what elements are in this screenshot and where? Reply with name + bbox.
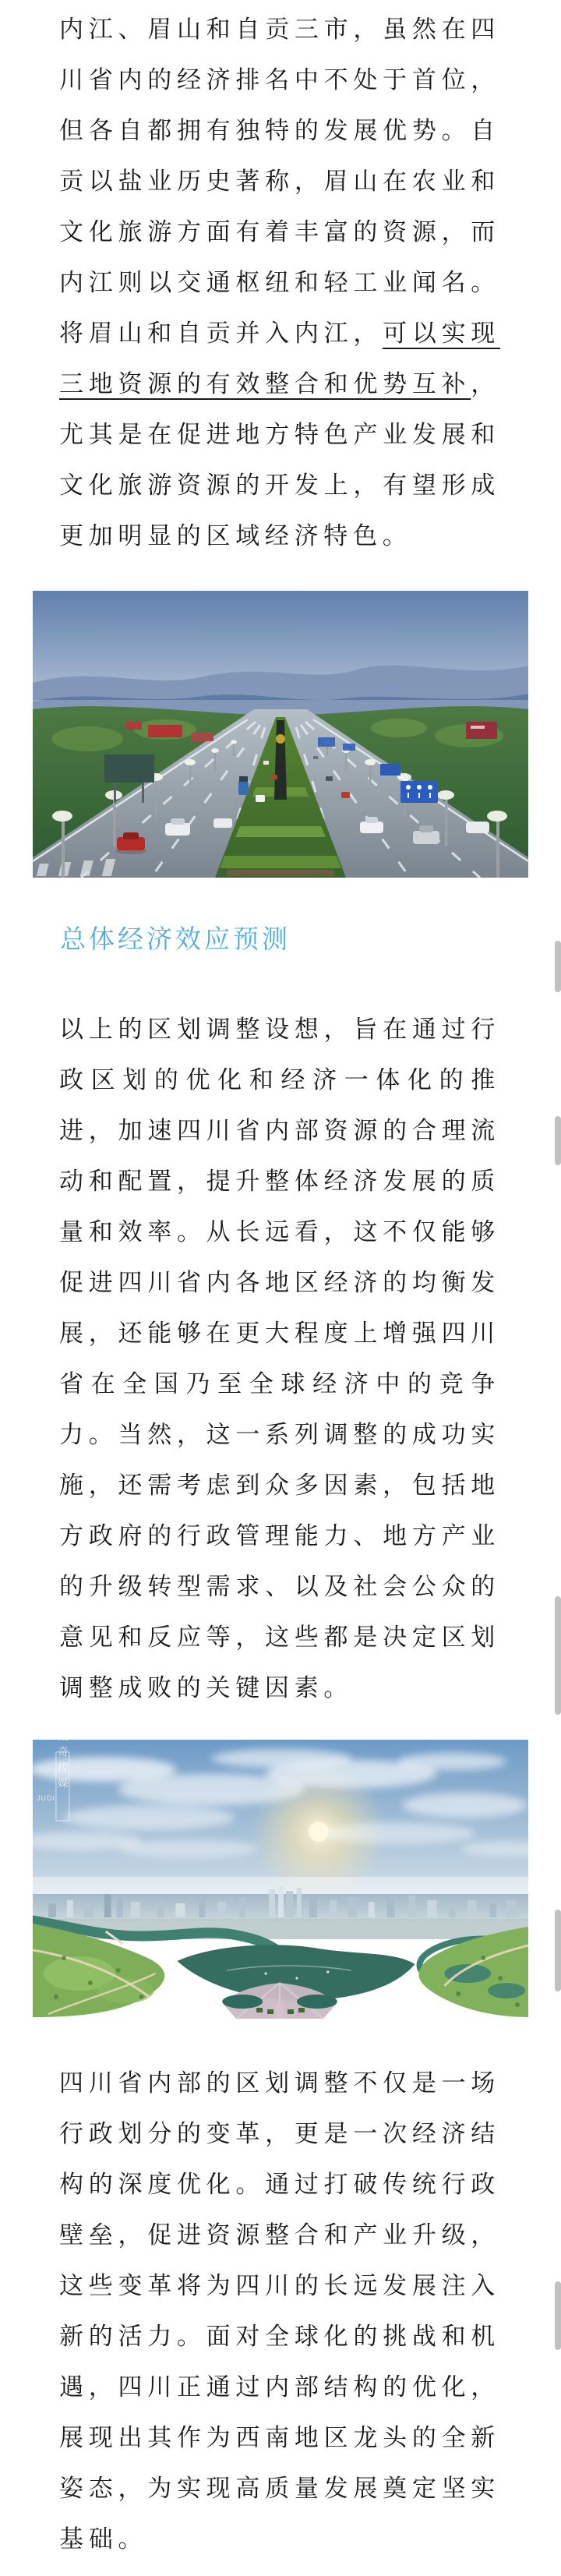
paragraph-1: 内江、眉山和自贡三市，虽然在四川省内的经济排名中不处于首位，但各自都拥有独特的发… xyxy=(0,4,561,561)
paragraph-2: 以上的区划调整设想，旨在通过行政区划的优化和经济一体化的推进，加速四川省内部资源… xyxy=(0,1004,561,1713)
plaza-axis-road xyxy=(275,2003,284,2019)
aerial-city-photo[interactable]: 聚奇传媒 JUDI xyxy=(33,1740,528,2019)
aerial-photo-illustration: 聚奇传媒 JUDI xyxy=(33,1740,528,2019)
boulevard-photo-illustration xyxy=(33,591,528,878)
article-page: 内江、眉山和自贡三市，虽然在四川省内的经济排名中不处于首位，但各自都拥有独特的发… xyxy=(0,0,561,2576)
paragraph-3: 四川省内部的区划调整不仅是一场行政划分的变革，更是一次经济结构的深度优化。通过打… xyxy=(0,2058,561,2564)
plaza-pool-left xyxy=(222,1995,263,2009)
boulevard-photo[interactable] xyxy=(33,591,528,878)
scrollbar-thumb-segment[interactable] xyxy=(555,1116,561,1165)
flower-strip xyxy=(226,870,335,876)
paragraph-1-text-before: 内江、眉山和自贡三市，虽然在四川省内的经济排名中不处于首位，但各自都拥有独特的发… xyxy=(59,16,500,347)
plaza-pool-right xyxy=(297,1995,337,2009)
watermark-vertical-text: 聚奇传媒 xyxy=(56,1740,69,1793)
section-heading: 总体经济效应预测 xyxy=(0,926,561,952)
scrollbar-thumb-segment[interactable] xyxy=(555,2281,561,2350)
watermark-latin-text: JUDI xyxy=(37,1794,55,1802)
scrollbar-thumb-segment[interactable] xyxy=(555,941,561,992)
scrollbar-thumb-segment[interactable] xyxy=(555,1910,561,1991)
scrollbar-thumb-segment[interactable] xyxy=(555,1596,561,1715)
